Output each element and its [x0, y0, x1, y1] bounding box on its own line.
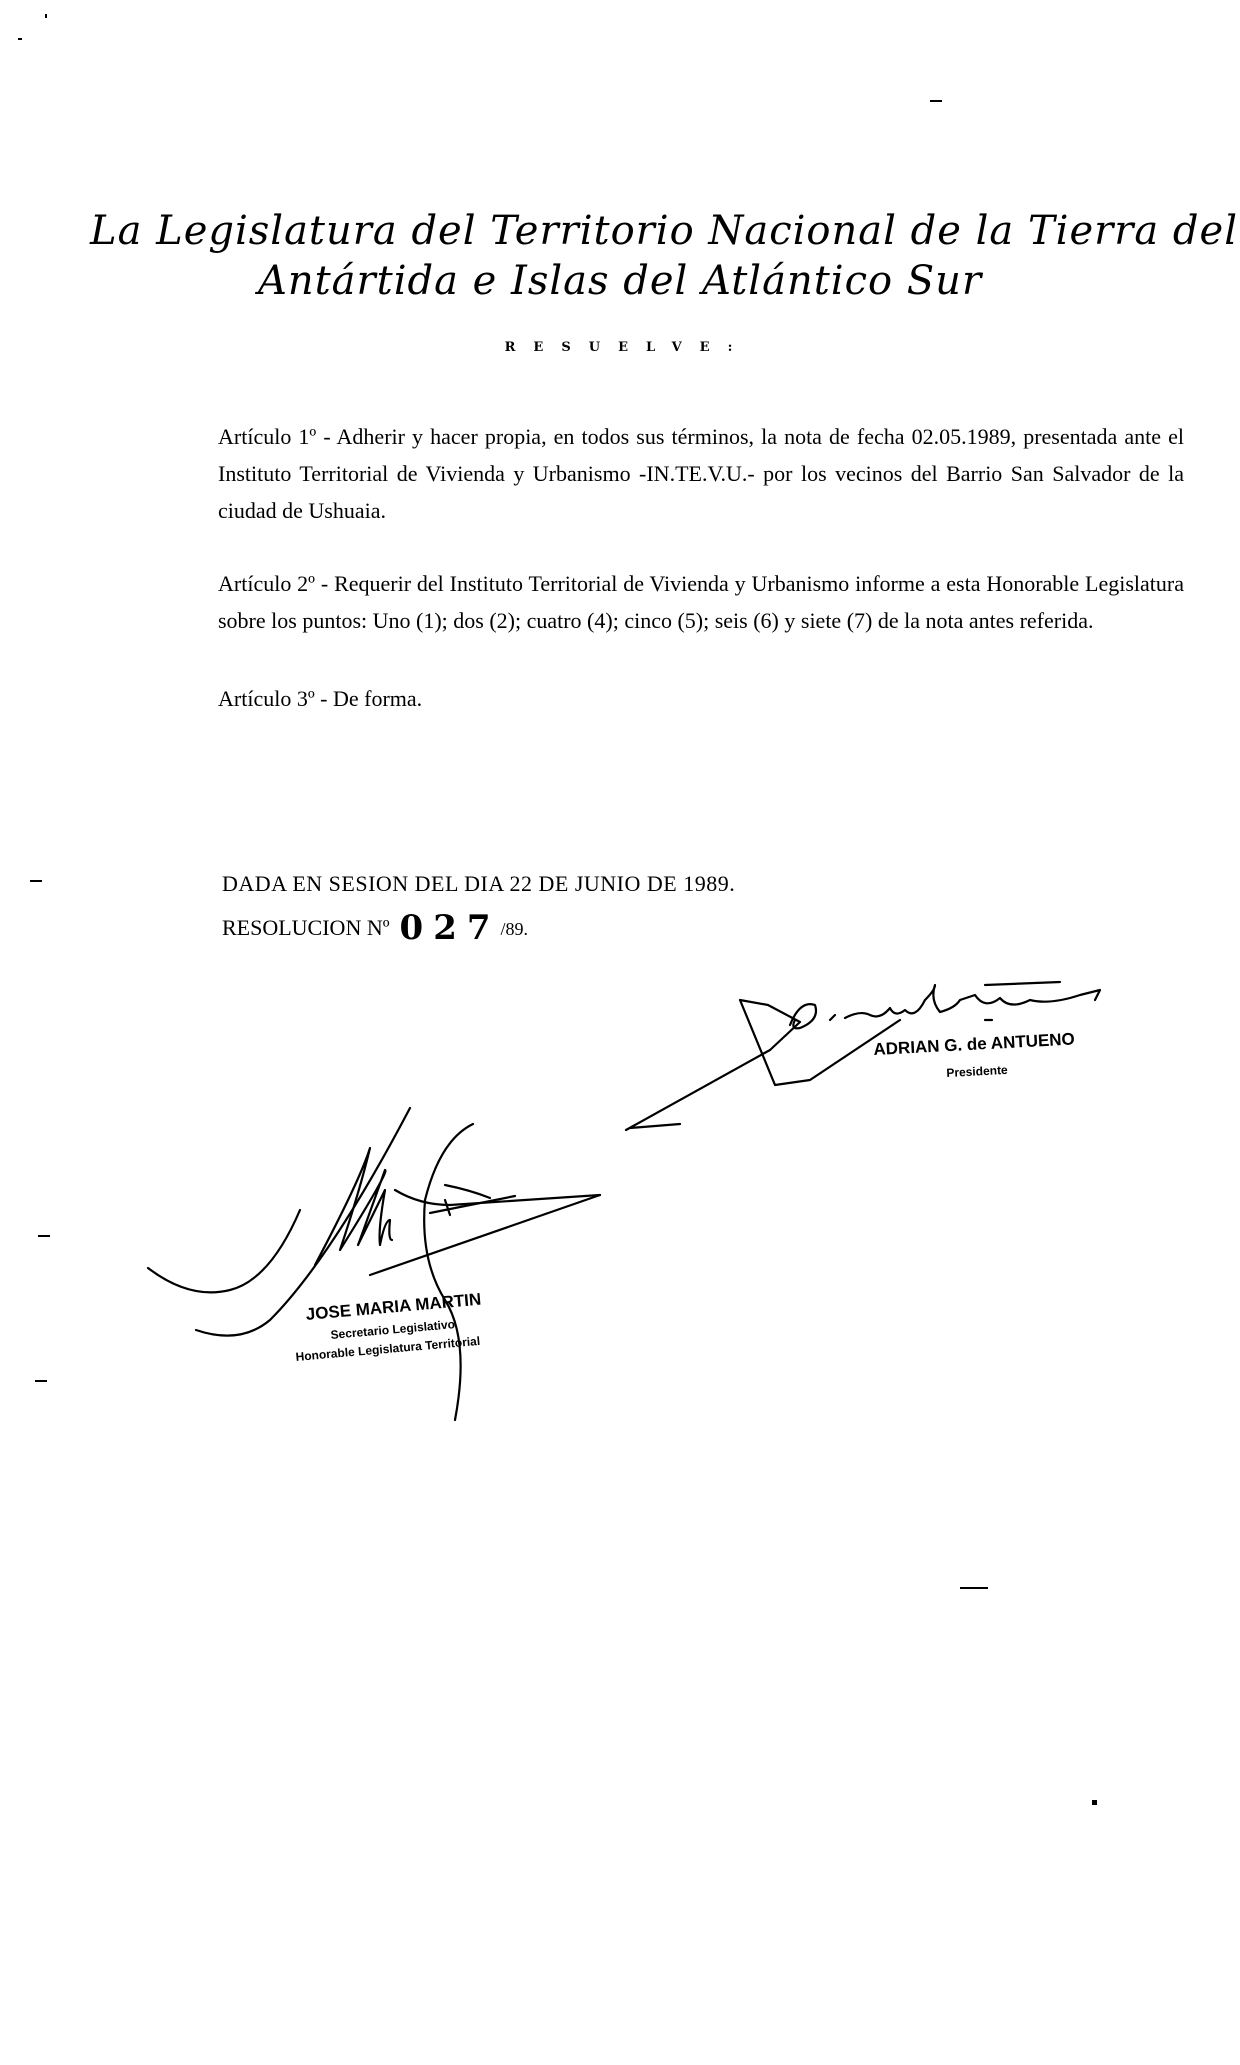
scan-speck	[35, 1380, 47, 1382]
scan-speck	[1092, 1800, 1097, 1805]
scan-speck	[45, 14, 47, 18]
scan-speck	[38, 1235, 50, 1237]
scan-speck	[930, 100, 942, 102]
scan-speck	[30, 880, 42, 882]
scan-speck	[960, 1587, 988, 1589]
secretary-signature-icon	[148, 1108, 600, 1420]
president-signature-icon	[626, 982, 1100, 1130]
scan-speck	[18, 38, 22, 40]
